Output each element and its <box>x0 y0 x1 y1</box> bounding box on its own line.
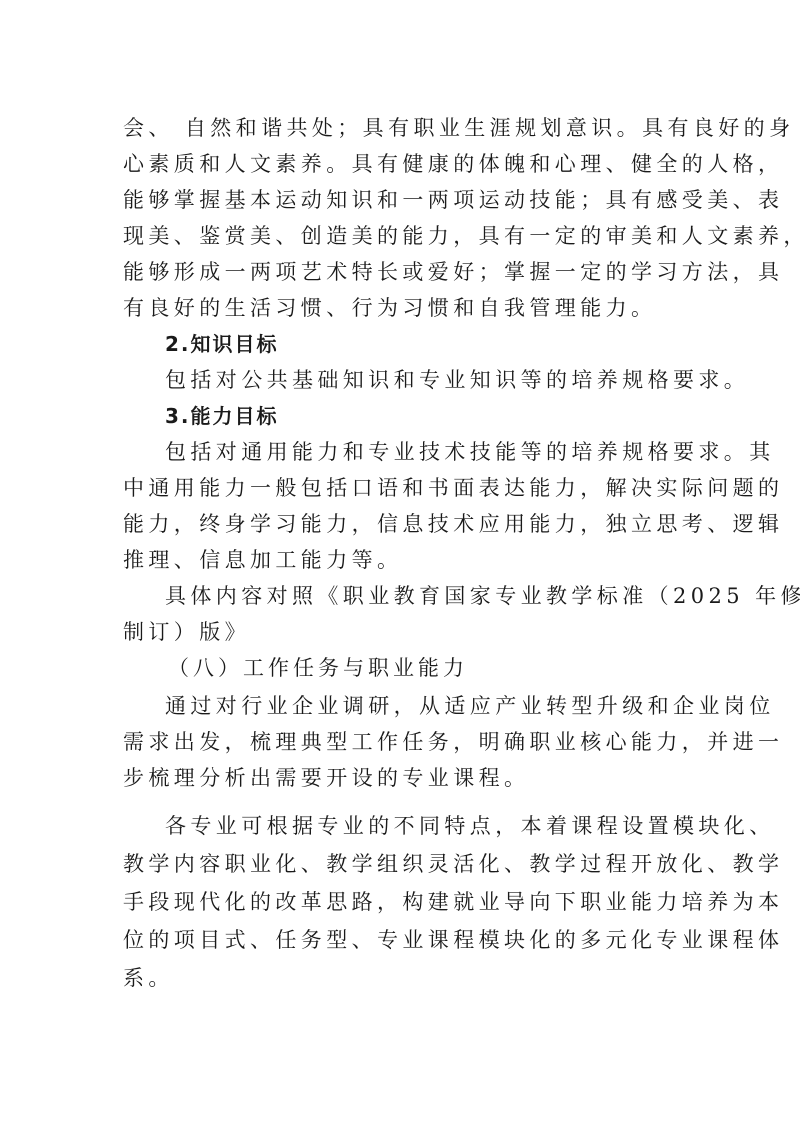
paragraph-line: 各专业可根据专业的不同特点，本着课程设置模块化、 <box>165 808 725 844</box>
document-page: 会、 自然和谐共处；具有职业生涯规划意识。具有良好的身 心素质和人文素养。具有健… <box>0 0 800 1131</box>
paragraph-line: 制订）版》 <box>123 614 683 650</box>
paragraph-line: 教学内容职业化、教学组织灵活化、教学过程开放化、教学 <box>123 846 683 882</box>
section-heading-ability-goals: 3.能力目标 <box>165 398 725 434</box>
paragraph-line: 会、 自然和谐共处；具有职业生涯规划意识。具有良好的身 <box>123 110 683 146</box>
paragraph-line: 能够掌握基本运动知识和一两项运动技能；具有感受美、表 <box>123 182 683 218</box>
paragraph-line: 中通用能力一般包括口语和书面表达能力，解决实际问题的 <box>123 470 683 506</box>
paragraph-line: 具体内容对照《职业教育国家专业教学标准（2025 年修 <box>165 578 725 614</box>
paragraph-line: 包括对通用能力和专业技术技能等的培养规格要求。其 <box>165 434 725 470</box>
subsection-heading-work-tasks: （八）工作任务与职业能力 <box>168 650 728 686</box>
paragraph-line: 步梳理分析出需要开设的专业课程。 <box>123 760 683 796</box>
paragraph-line: 推理、信息加工能力等。 <box>123 542 683 578</box>
paragraph-line: 能力，终身学习能力，信息技术应用能力，独立思考、逻辑 <box>123 506 683 542</box>
paragraph-line: 现美、鉴赏美、创造美的能力，具有一定的审美和人文素养， <box>123 218 683 254</box>
paragraph-line: 通过对行业企业调研，从适应产业转型升级和企业岗位 <box>165 688 725 724</box>
section-heading-knowledge-goals: 2.知识目标 <box>165 326 725 362</box>
paragraph-line: 需求出发，梳理典型工作任务，明确职业核心能力，并进一 <box>123 724 683 760</box>
paragraph-line: 包括对公共基础知识和专业知识等的培养规格要求。 <box>165 362 725 398</box>
paragraph-line: 系。 <box>123 960 683 996</box>
paragraph-line: 手段现代化的改革思路，构建就业导向下职业能力培养为本 <box>123 884 683 920</box>
paragraph-line: 心素质和人文素养。具有健康的体魄和心理、健全的人格， <box>123 146 683 182</box>
paragraph-line: 有良好的生活习惯、行为习惯和自我管理能力。 <box>123 290 683 326</box>
paragraph-line: 位的项目式、任务型、专业课程模块化的多元化专业课程体 <box>123 922 683 958</box>
paragraph-line: 能够形成一两项艺术特长或爱好；掌握一定的学习方法，具 <box>123 254 683 290</box>
